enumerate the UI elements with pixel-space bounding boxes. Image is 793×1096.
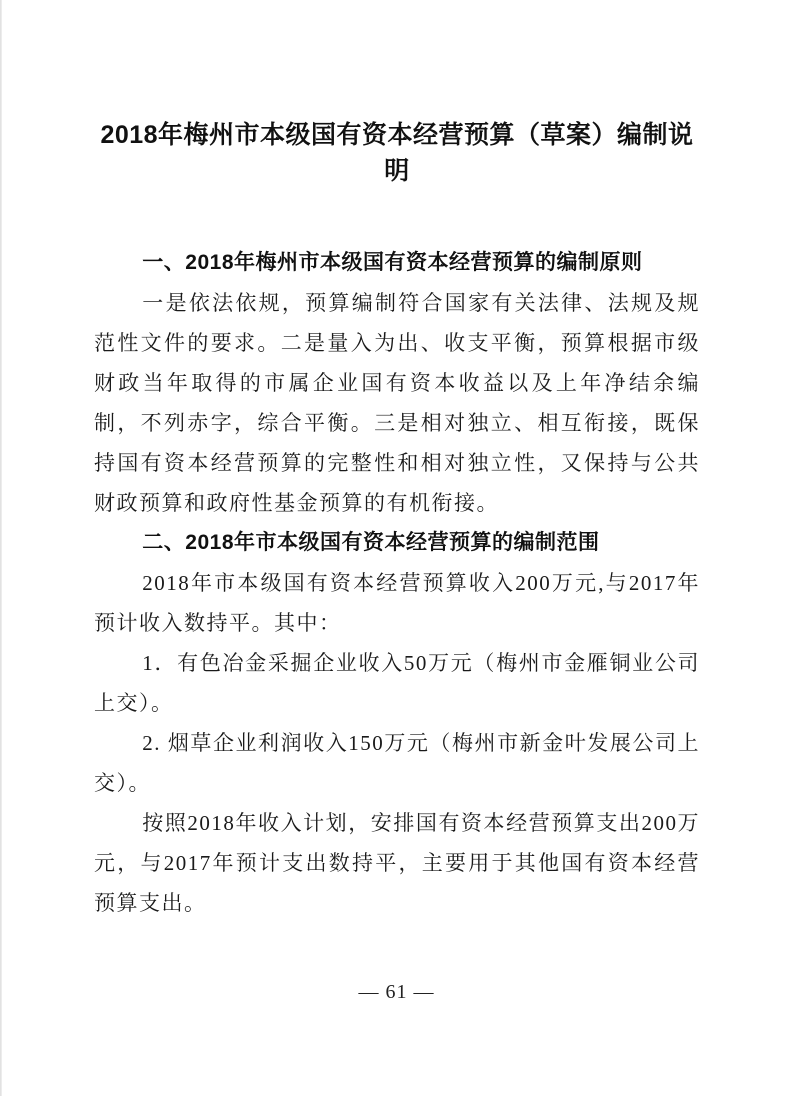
document-content: 2018年梅州市本级国有资本经营预算（草案）编制说明 一、2018年梅州市本级国…	[94, 0, 700, 923]
section-scope-paragraph-item1: 1．有色冶金采掘企业收入50万元（梅州市金雁铜业公司上交）。	[94, 643, 700, 723]
section-principles-paragraph: 一是依法依规，预算编制符合国家有关法律、法规及规范性文件的要求。二是量入为出、收…	[94, 283, 700, 523]
section-scope-paragraph-item2: 2. 烟草企业利润收入150万元（梅州市新金叶发展公司上交）。	[94, 723, 700, 803]
document-title: 2018年梅州市本级国有资本经营预算（草案）编制说明	[94, 0, 700, 189]
section-principles-heading: 一、2018年梅州市本级国有资本经营预算的编制原则	[94, 243, 700, 283]
section-scope: 二、2018年市本级国有资本经营预算的编制范围 2018年市本级国有资本经营预算…	[94, 523, 700, 923]
document-page: 2018年梅州市本级国有资本经营预算（草案）编制说明 一、2018年梅州市本级国…	[0, 0, 793, 1096]
section-principles: 一、2018年梅州市本级国有资本经营预算的编制原则 一是依法依规，预算编制符合国…	[94, 243, 700, 523]
scan-edge-shadow	[0, 0, 2, 1096]
section-scope-paragraph-expenditure: 按照2018年收入计划，安排国有资本经营预算支出200万元，与2017年预计支出…	[94, 803, 700, 923]
section-scope-heading: 二、2018年市本级国有资本经营预算的编制范围	[94, 523, 700, 563]
page-number: — 61 —	[0, 980, 793, 1004]
section-scope-paragraph-revenue: 2018年市本级国有资本经营预算收入200万元,与2017年预计收入数持平。其中…	[94, 563, 700, 643]
